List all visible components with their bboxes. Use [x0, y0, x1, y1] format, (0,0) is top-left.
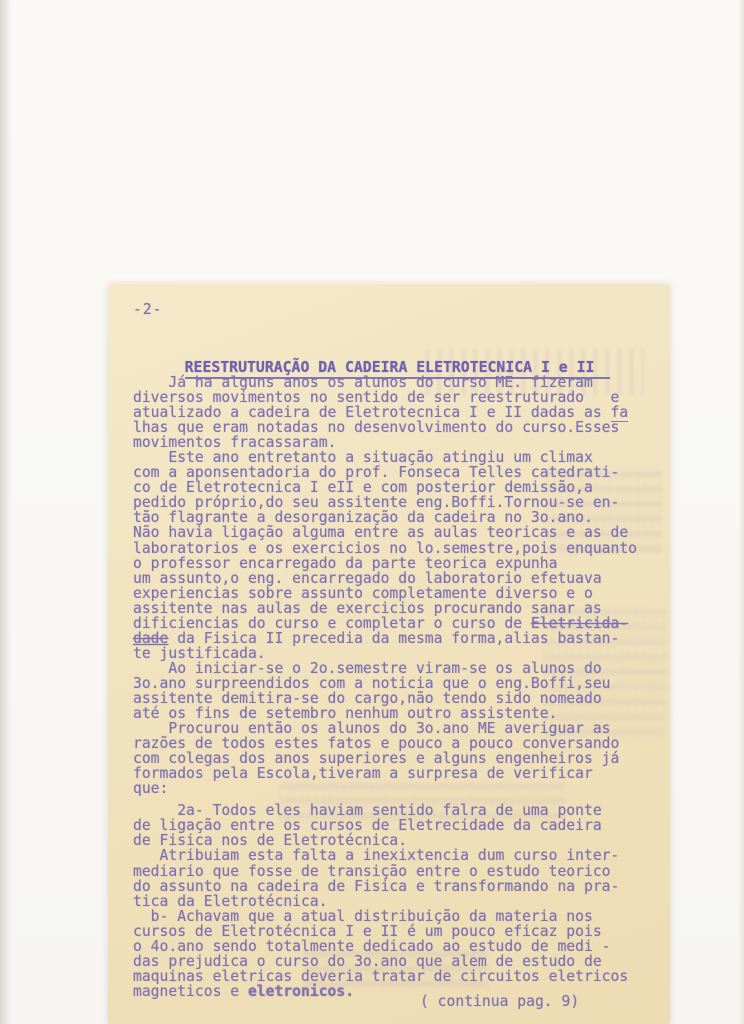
text-line: experiencias sobre assunto completamente… [133, 586, 653, 601]
document-lines: Já ha alguns anos os alunos do curso ME.… [133, 375, 653, 999]
text-line: diversos movimentos no sentido de ser re… [133, 390, 653, 405]
text-line: razões de todos estes fatos e pouco a po… [133, 736, 653, 751]
text-segment: magneticos e [133, 983, 248, 1000]
text-line: cursos de Eletrotécnica I e II é um pouc… [133, 924, 653, 939]
text-line: movimentos fracassaram. [133, 435, 653, 450]
text-line: mediario que fosse de transição entre o … [133, 864, 653, 879]
text-line: o professor encarregado da parte teorica… [133, 556, 653, 571]
text-line: formados pela Escola,tiveram a surpresa … [133, 766, 653, 781]
text-line: que: [133, 781, 653, 796]
text-line: tica da Eletrotécnica. [133, 894, 653, 909]
text-line: laboratorios e os exercicios no lo.semes… [133, 541, 653, 556]
text-line: o 4o.ano sendo totalmente dedicado ao es… [133, 939, 653, 954]
text-line: pedido próprio,do seu assitente eng.Boff… [133, 495, 653, 510]
text-line: b- Achavam que a atual distribuição da m… [133, 909, 653, 924]
text-line: Não havia ligação alguma entre as aulas … [133, 525, 653, 540]
text-line: 3o.ano surpreendidos com a noticia que o… [133, 676, 653, 691]
text-line: maquinas eletricas deveria tratar de cir… [133, 969, 653, 984]
text-line: do assunto na cadeira de Fisica e transf… [133, 879, 653, 894]
text-line: Este ano entretanto a situação atingiu u… [133, 450, 653, 465]
page-number: -2- [133, 301, 163, 318]
text-line: Ao iniciar-se o 2o.semestre viram-se os … [133, 661, 653, 676]
text-segment: eletronicos. [248, 983, 354, 1000]
text-line: Já ha alguns anos os alunos do curso ME.… [133, 375, 653, 390]
typewritten-page: -2- REESTRUTURAÇÃO DA CADEIRA ELETROTECN… [108, 283, 670, 1024]
text-line: atualizado a cadeira de Eletrotecnica I … [133, 405, 653, 420]
scan-edge-shadow-right [738, 0, 744, 1024]
scan-edge-shadow-left [0, 0, 12, 1024]
text-line: dade da Fisica II precedia da mesma form… [133, 631, 653, 646]
text-line: um assunto,o eng. encarregado do laborat… [133, 571, 653, 586]
scanned-document-screenshot: { "document": { "page_number": "-2-", "t… [0, 0, 744, 1024]
text-line: com colegas dos anos superiores e alguns… [133, 751, 653, 766]
text-line: com a aponsentadoria do prof. Fonseca Te… [133, 465, 653, 480]
text-line: de Fisica nos de Eletrotécnica. [133, 833, 653, 848]
text-line: até os fins de setembro nenhum outro ass… [133, 706, 653, 721]
text-line: das prejudica o curso do 3o.ano que alem… [133, 954, 653, 969]
text-line: assitente demitira-se do cargo,não tendo… [133, 691, 653, 706]
text-line: dificiencias do curso e completar o curs… [133, 616, 653, 631]
text-line: Procurou então os alunos do 3o.ano ME av… [133, 721, 653, 736]
text-segment: formados pela Escola,tiveram a surpresa … [133, 765, 593, 782]
text-line: lhas que eram notadas no desenvolvimento… [133, 420, 653, 435]
text-line: assitente nas aulas de exercicios procur… [133, 601, 653, 616]
text-line: tão flagrante a desorganização da cadeir… [133, 510, 653, 525]
text-line: Atribuiam esta falta a inexixtencia dum … [133, 848, 653, 863]
continuation-note: ( continua pag. 9) [420, 993, 579, 1010]
text-segment: que: [133, 780, 168, 797]
text-line: 2a- Todos eles haviam sentido falra de u… [133, 803, 653, 818]
text-line: te justificada. [133, 646, 653, 661]
